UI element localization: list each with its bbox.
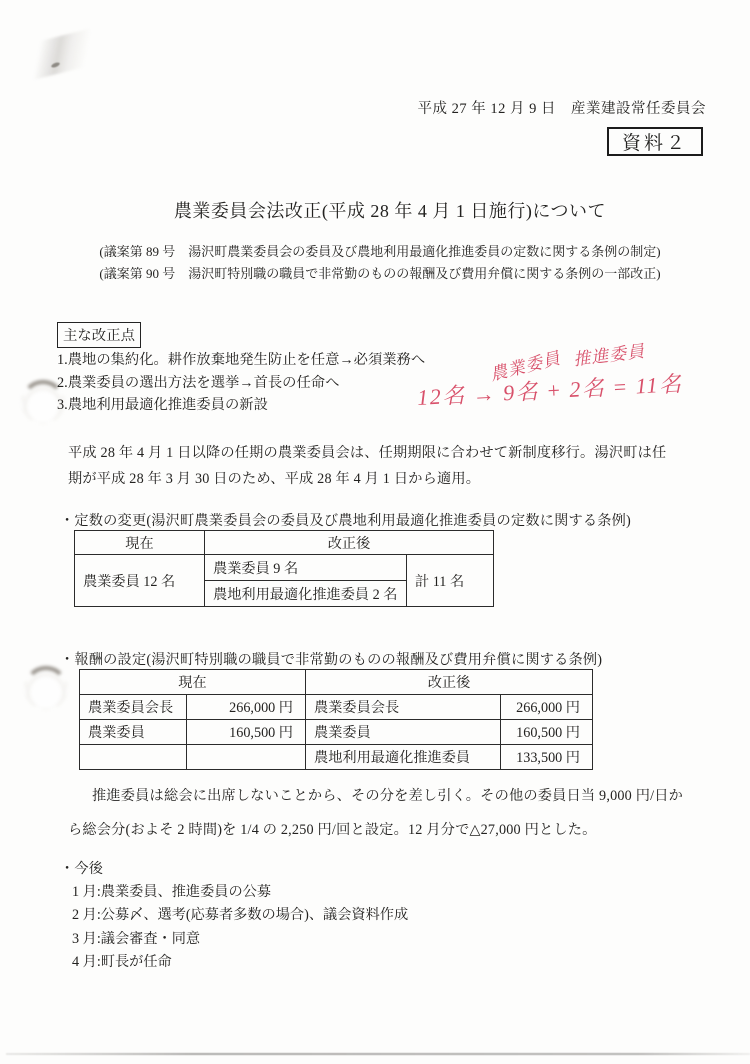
deduction-note-paragraph: 推進委員は総会に出席しないことから、その分を差し引く。その他の委員日当 9,00… [68, 779, 683, 847]
main-points-list: 1.農地の集約化。耕作放棄地発生防止を任意→必須業務へ 2.農業委員の選出方法を… [57, 349, 425, 417]
rev-amount-cell: 160,500 円 [501, 720, 593, 745]
quota-revised-row2: 農地利用最適化推進委員 2 名 [205, 581, 407, 607]
transition-paragraph-line1: 平成 28 年 4 月 1 日以降の任期の農業委員会は、任期期限に合わせて新制度… [68, 440, 666, 466]
rev-amount-cell: 133,500 円 [501, 745, 593, 770]
table-row: 農業委員 12 名 農業委員 9 名 計 11 名 [75, 555, 494, 581]
rev-amount-cell: 266,000 円 [501, 695, 593, 720]
hole-punch-shadow-bottom [24, 666, 68, 710]
document-number-label: 資料２ [622, 128, 688, 155]
quota-header-current: 現在 [75, 531, 205, 555]
cur-amount-cell: 160,500 円 [187, 720, 306, 745]
table-row: 現在 改正後 [80, 670, 593, 695]
transition-paragraph: 平成 28 年 4 月 1 日以降の任期の農業委員会は、任期期限に合わせて新制度… [68, 440, 666, 492]
table-row: 農地利用最適化推進委員 133,500 円 [80, 745, 593, 770]
remuneration-heading: ・報酬の設定(湯沢町特別職の職員で非常勤のものの報酬及び費用弁償に関する条例) [60, 649, 602, 669]
transition-paragraph-line2: 期が平成 28 年 3 月 30 日のため、平成 28 年 4 月 1 日から適… [68, 466, 666, 492]
future-item-april: 4 月:町長が任命 [72, 951, 408, 974]
main-point-item-3: 3.農地利用最適化推進委員の新設 [57, 394, 425, 417]
quota-change-heading: ・定数の変更(湯沢町農業委員会の委員及び農地利用最適化推進委員の定数に関する条例… [60, 510, 631, 530]
cur-amount-cell [187, 745, 306, 770]
quota-header-revised: 改正後 [205, 531, 494, 555]
handwritten-member-count-equation: 12名 → 9名 + 2名 = 11名 [416, 367, 683, 412]
quota-current-value: 農業委員 12 名 [75, 555, 205, 607]
scan-edge-shadow [6, 1053, 750, 1055]
table-row: 農業委員会長 266,000 円 農業委員会長 266,000 円 [80, 695, 593, 720]
document-number-box: 資料２ [607, 127, 703, 156]
remuneration-header-revised: 改正後 [306, 670, 593, 695]
deduction-note-line1: 推進委員は総会に出席しないことから、その分を差し引く。その他の委員日当 9,00… [68, 779, 683, 813]
cur-amount-cell: 266,000 円 [187, 695, 306, 720]
cur-role-cell: 農業委員会長 [80, 695, 187, 720]
remuneration-table: 現在 改正後 農業委員会長 266,000 円 農業委員会長 266,000 円… [79, 669, 593, 770]
main-point-item-2: 2.農業委員の選出方法を選挙→首長の任命へ [57, 372, 425, 395]
bill-note-89: (議案第 89 号 湯沢町農業委員会の委員及び農地利用最適化推進委員の定数に関す… [38, 241, 722, 260]
page-title: 農業委員会法改正(平成 28 年 4 月 1 日施行)について [60, 197, 720, 223]
rev-role-cell: 農業委員会長 [306, 695, 501, 720]
future-item-march: 3 月:議会審査・同意 [72, 928, 408, 951]
quota-revised-row1: 農業委員 9 名 [205, 555, 407, 581]
cur-role-cell: 農業委員 [80, 720, 187, 745]
future-schedule-list: 1 月:農業委員、推進委員の公募 2 月:公募〆、選考(応募者多数の場合)、議会… [72, 881, 408, 975]
rev-role-cell: 農業委員 [306, 720, 501, 745]
handwritten-label-suishin-iin: 推進委員 [572, 337, 647, 371]
table-row: 現在 改正後 [75, 531, 494, 555]
main-point-item-1: 1.農地の集約化。耕作放棄地発生防止を任意→必須業務へ [57, 349, 425, 372]
quota-change-table: 現在 改正後 農業委員 12 名 農業委員 9 名 計 11 名 農地利用最適化… [74, 530, 494, 607]
deduction-note-line2: ら総会分(およそ 2 時間)を 1/4 の 2,250 円/回と設定。12 月分… [68, 813, 683, 847]
future-schedule-heading: ・今後 [60, 858, 103, 878]
date-and-committee-line: 平成 27 年 12 月 9 日 産業建設常任委員会 [418, 97, 707, 118]
main-points-heading: 主な改正点 [57, 322, 141, 348]
future-item-january: 1 月:農業委員、推進委員の公募 [72, 881, 408, 904]
cur-role-cell [80, 745, 187, 770]
quota-total: 計 11 名 [407, 555, 494, 607]
bill-note-90: (議案第 90 号 湯沢町特別職の職員で非常勤のものの報酬及び費用弁償に関する条… [38, 263, 722, 282]
table-row: 農業委員 160,500 円 農業委員 160,500 円 [80, 720, 593, 745]
rev-role-cell: 農地利用最適化推進委員 [306, 745, 501, 770]
future-item-february: 2 月:公募〆、選考(応募者多数の場合)、議会資料作成 [72, 904, 408, 927]
paper-crease-artifact [7, 24, 118, 84]
remuneration-header-current: 現在 [80, 670, 306, 695]
